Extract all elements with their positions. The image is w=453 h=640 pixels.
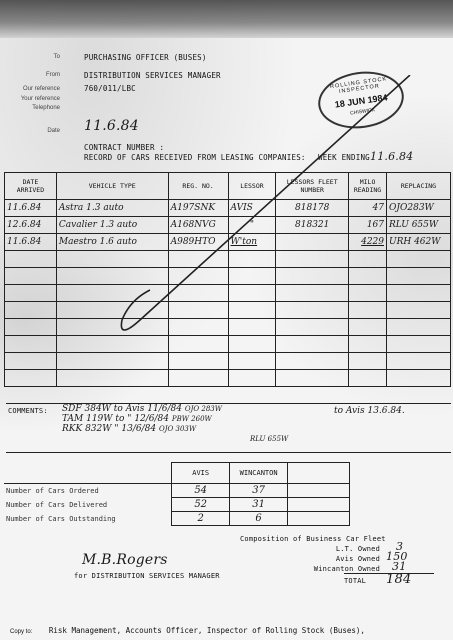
- comment-line: RLU 655W: [62, 434, 288, 444]
- cell-reg: A197SNK: [168, 200, 228, 217]
- cell-mileage: 167: [349, 217, 387, 234]
- table-row-empty: [5, 302, 451, 319]
- table-row-empty: [5, 336, 451, 353]
- col-date-arrived: DATE ARRIVED: [5, 173, 57, 200]
- table-header-row: DATE ARRIVED VEHICLE TYPE REG. NO. LESSO…: [5, 173, 451, 200]
- composition-title: Composition of Business Car Fleet: [240, 535, 386, 543]
- scan-shadow: [0, 0, 453, 38]
- cell-lessor: AVIS: [228, 200, 276, 217]
- bracket-note: to Avis 13.6.84.: [334, 406, 405, 416]
- comments-lines: SDF 384W to Avis 11/6/84 OJO 283W TAM 11…: [62, 404, 288, 444]
- cell-lessor: W'ton: [228, 234, 276, 251]
- summary-header-row: AVIS WINCANTON: [4, 463, 350, 484]
- our-ref-label: Our reference: [0, 86, 60, 92]
- cell-date: 11.6.84: [5, 234, 57, 251]
- telephone-label: Telephone: [0, 105, 60, 111]
- record-title: RECORD OF CARS RECEIVED FROM LEASING COM…: [84, 153, 306, 162]
- to-value: PURCHASING OFFICER (BUSES): [84, 53, 207, 62]
- to-label: To: [0, 54, 60, 60]
- table-row: 11.6.84 Astra 1.3 auto A197SNK AVIS 8181…: [5, 200, 451, 217]
- copy-to-value: Risk Management, Accounts Officer, Inspe…: [49, 626, 365, 635]
- week-ending-label: WEEK ENDING: [318, 153, 370, 162]
- cell-mileage: 4229: [349, 234, 387, 251]
- total-value: 184: [386, 572, 411, 587]
- summary-row: Number of Cars Ordered 54 37: [4, 484, 350, 498]
- col-milo-reading: MILO READING: [349, 173, 387, 200]
- document-page: To PURCHASING OFFICER (BUSES) From DISTR…: [0, 0, 453, 640]
- table-row-empty: [5, 319, 451, 336]
- cell-reg: A989HTO: [168, 234, 228, 251]
- from-value: DISTRIBUTION SERVICES MANAGER: [84, 71, 221, 80]
- cell-reg: A168NVG: [168, 217, 228, 234]
- lt-owned-label: L.T. Owned: [300, 545, 380, 553]
- your-ref-label: Your reference: [0, 96, 60, 102]
- table-row-empty: [5, 370, 451, 387]
- date-label: Date: [0, 128, 60, 134]
- comment-line: SDF 384W to Avis 11/6/84 OJO 283W: [62, 404, 288, 414]
- date-value: 11.6.84: [84, 118, 139, 134]
- contract-number-label: CONTRACT NUMBER :: [84, 143, 164, 152]
- cell-replacing: OJO283W: [387, 200, 451, 217]
- wincanton-owned-label: Wincanton Owned: [300, 565, 380, 573]
- cars-received-table: DATE ARRIVED VEHICLE TYPE REG. NO. LESSO…: [4, 172, 451, 387]
- cell-replacing: URH 462W: [387, 234, 451, 251]
- copy-to-line: Copy to: Risk Management, Accounts Offic…: [10, 626, 365, 635]
- cell-date: 11.6.84: [5, 200, 57, 217]
- table-row: 11.6.84 Maestro 1.6 auto A989HTO W'ton 4…: [5, 234, 451, 251]
- summary-row: Number of Cars Delivered 52 31: [4, 498, 350, 512]
- cars-summary-table: AVIS WINCANTON Number of Cars Ordered 54…: [4, 462, 350, 526]
- avis-owned-label: Avis Owned: [300, 555, 380, 563]
- cell-mileage: 47: [349, 200, 387, 217]
- cell-fleet-number: 818178: [276, 200, 349, 217]
- table-row-empty: [5, 285, 451, 302]
- week-ending-value: 11.6.84: [370, 150, 413, 163]
- summary-row: Number of Cars Outstanding 2 6: [4, 512, 350, 526]
- comment-line: RKK 832W " 13/6/84 OJO 303W: [62, 424, 288, 434]
- table-row-empty: [5, 268, 451, 285]
- table-row-empty: [5, 353, 451, 370]
- cell-date: 12.6.84: [5, 217, 57, 234]
- col-avis: AVIS: [172, 463, 230, 484]
- col-lessors-fleet-number: LESSORS FLEET NUMBER: [276, 173, 349, 200]
- cell-vehicle: Cavalier 1.3 auto: [56, 217, 168, 234]
- received-stamp: ROLLING STOCK INSPECTOR 18 JUN 1984 CHIS…: [315, 66, 408, 133]
- cell-lessor: ": [228, 217, 276, 234]
- col-wincanton: WINCANTON: [230, 463, 288, 484]
- col-replacing: REPLACING: [387, 173, 451, 200]
- copy-to-label: Copy to:: [10, 629, 32, 635]
- table-row: 12.6.84 Cavalier 1.3 auto A168NVG " 8183…: [5, 217, 451, 234]
- cell-vehicle: Astra 1.3 auto: [56, 200, 168, 217]
- col-vehicle-type: VEHICLE TYPE: [56, 173, 168, 200]
- signature: M.B.Rogers: [82, 552, 168, 568]
- col-lessor: LESSOR: [228, 173, 276, 200]
- cell-fleet-number: [276, 234, 349, 251]
- comment-line: TAM 119W to " 12/6/84 PBW 260W: [62, 414, 288, 424]
- comments-section: COMMENTS: SDF 384W to Avis 11/6/84 OJO 2…: [6, 403, 451, 453]
- table-row-empty: [5, 251, 451, 268]
- total-label: TOTAL: [344, 577, 366, 585]
- col-reg-no: REG. NO.: [168, 173, 228, 200]
- comments-label: COMMENTS:: [8, 407, 48, 415]
- cell-replacing: RLU 655W: [387, 217, 451, 234]
- our-ref-value: 760/011/LBC: [84, 84, 136, 93]
- from-label: From: [0, 72, 60, 78]
- cell-vehicle: Maestro 1.6 auto: [56, 234, 168, 251]
- cell-fleet-number: 818321: [276, 217, 349, 234]
- signature-for-label: for DISTRIBUTION SERVICES MANAGER: [74, 572, 220, 580]
